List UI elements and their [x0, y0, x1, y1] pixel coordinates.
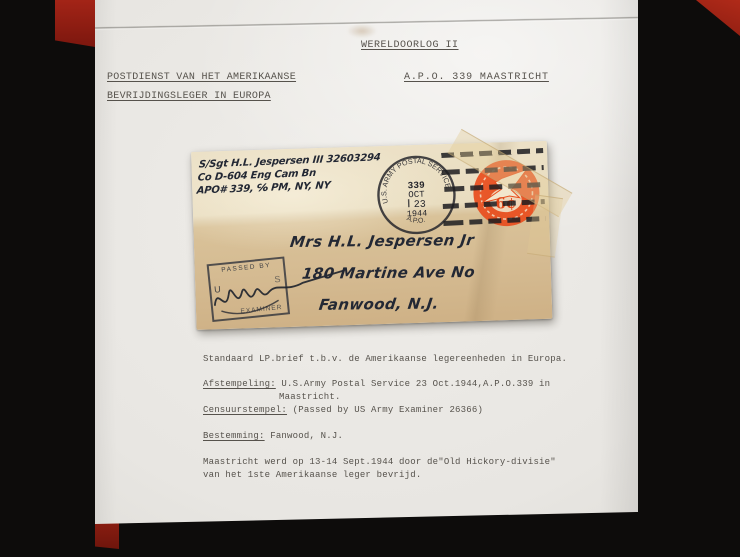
afstempeling-label: Afstempeling:: [203, 379, 276, 389]
exhibit-page: WERELDOORLOG II POSTDIENST VAN HET AMERI…: [95, 0, 638, 524]
postmark-month: OCT: [408, 190, 425, 201]
header-right-apo: A.P.O. 339 MAASTRICHT: [404, 72, 549, 83]
bestemming-text: Fanwood, N.J.: [270, 431, 343, 441]
page-title: WERELDOORLOG II: [361, 40, 459, 51]
caption-afstempeling: Afstempeling: U.S.Army Postal Service 23…: [203, 378, 603, 391]
sender-address: S/Sgt H.L. Jespersen III 32603294 Co D-6…: [196, 151, 381, 197]
red-book-spine-top-left: [55, 0, 95, 47]
censor-handstamp: PASSED BY U S EXAMINER: [207, 256, 290, 322]
afstempeling-text-line2: Maastricht.: [203, 391, 603, 404]
typed-caption: Standaard LP.brief t.b.v. de Amerikaanse…: [203, 353, 603, 482]
recipient-line: Mrs H.L. Jespersen Jr: [289, 231, 475, 251]
recipient-line: 180 Martine Ave No: [301, 263, 476, 283]
footer-line1: Maastricht werd op 13-14 Sept.1944 door …: [203, 456, 603, 469]
header-left-line2: BEVRIJDINGSLEGER IN EUROPA: [107, 91, 271, 102]
footer-line2: van het 1ste Amerikaanse leger bevrijd.: [203, 469, 603, 482]
header-left-line1: POSTDIENST VAN HET AMERIKAANSE: [107, 72, 296, 83]
album-page-photo: WERELDOORLOG II POSTDIENST VAN HET AMERI…: [0, 0, 740, 557]
tape-stain: [347, 24, 377, 38]
caption-bestemming: Bestemming: Fanwood, N.J.: [203, 430, 603, 443]
afstempeling-text: U.S.Army Postal Service 23 Oct.1944,A.P.…: [281, 379, 550, 389]
caption-censuurstempel: Censuurstempel: (Passed by US Army Exami…: [203, 404, 603, 417]
postmark-year: 1944: [407, 209, 428, 220]
censuurstempel-text: (Passed by US Army Examiner 26366): [293, 405, 483, 415]
censuurstempel-label: Censuurstempel:: [203, 405, 287, 415]
recipient-line: Fanwood, N.J.: [318, 295, 440, 314]
red-book-corner-top-right: [696, 0, 740, 36]
bestemming-label: Bestemming:: [203, 431, 265, 441]
caption-standard-line: Standaard LP.brief t.b.v. de Amerikaanse…: [203, 353, 603, 366]
